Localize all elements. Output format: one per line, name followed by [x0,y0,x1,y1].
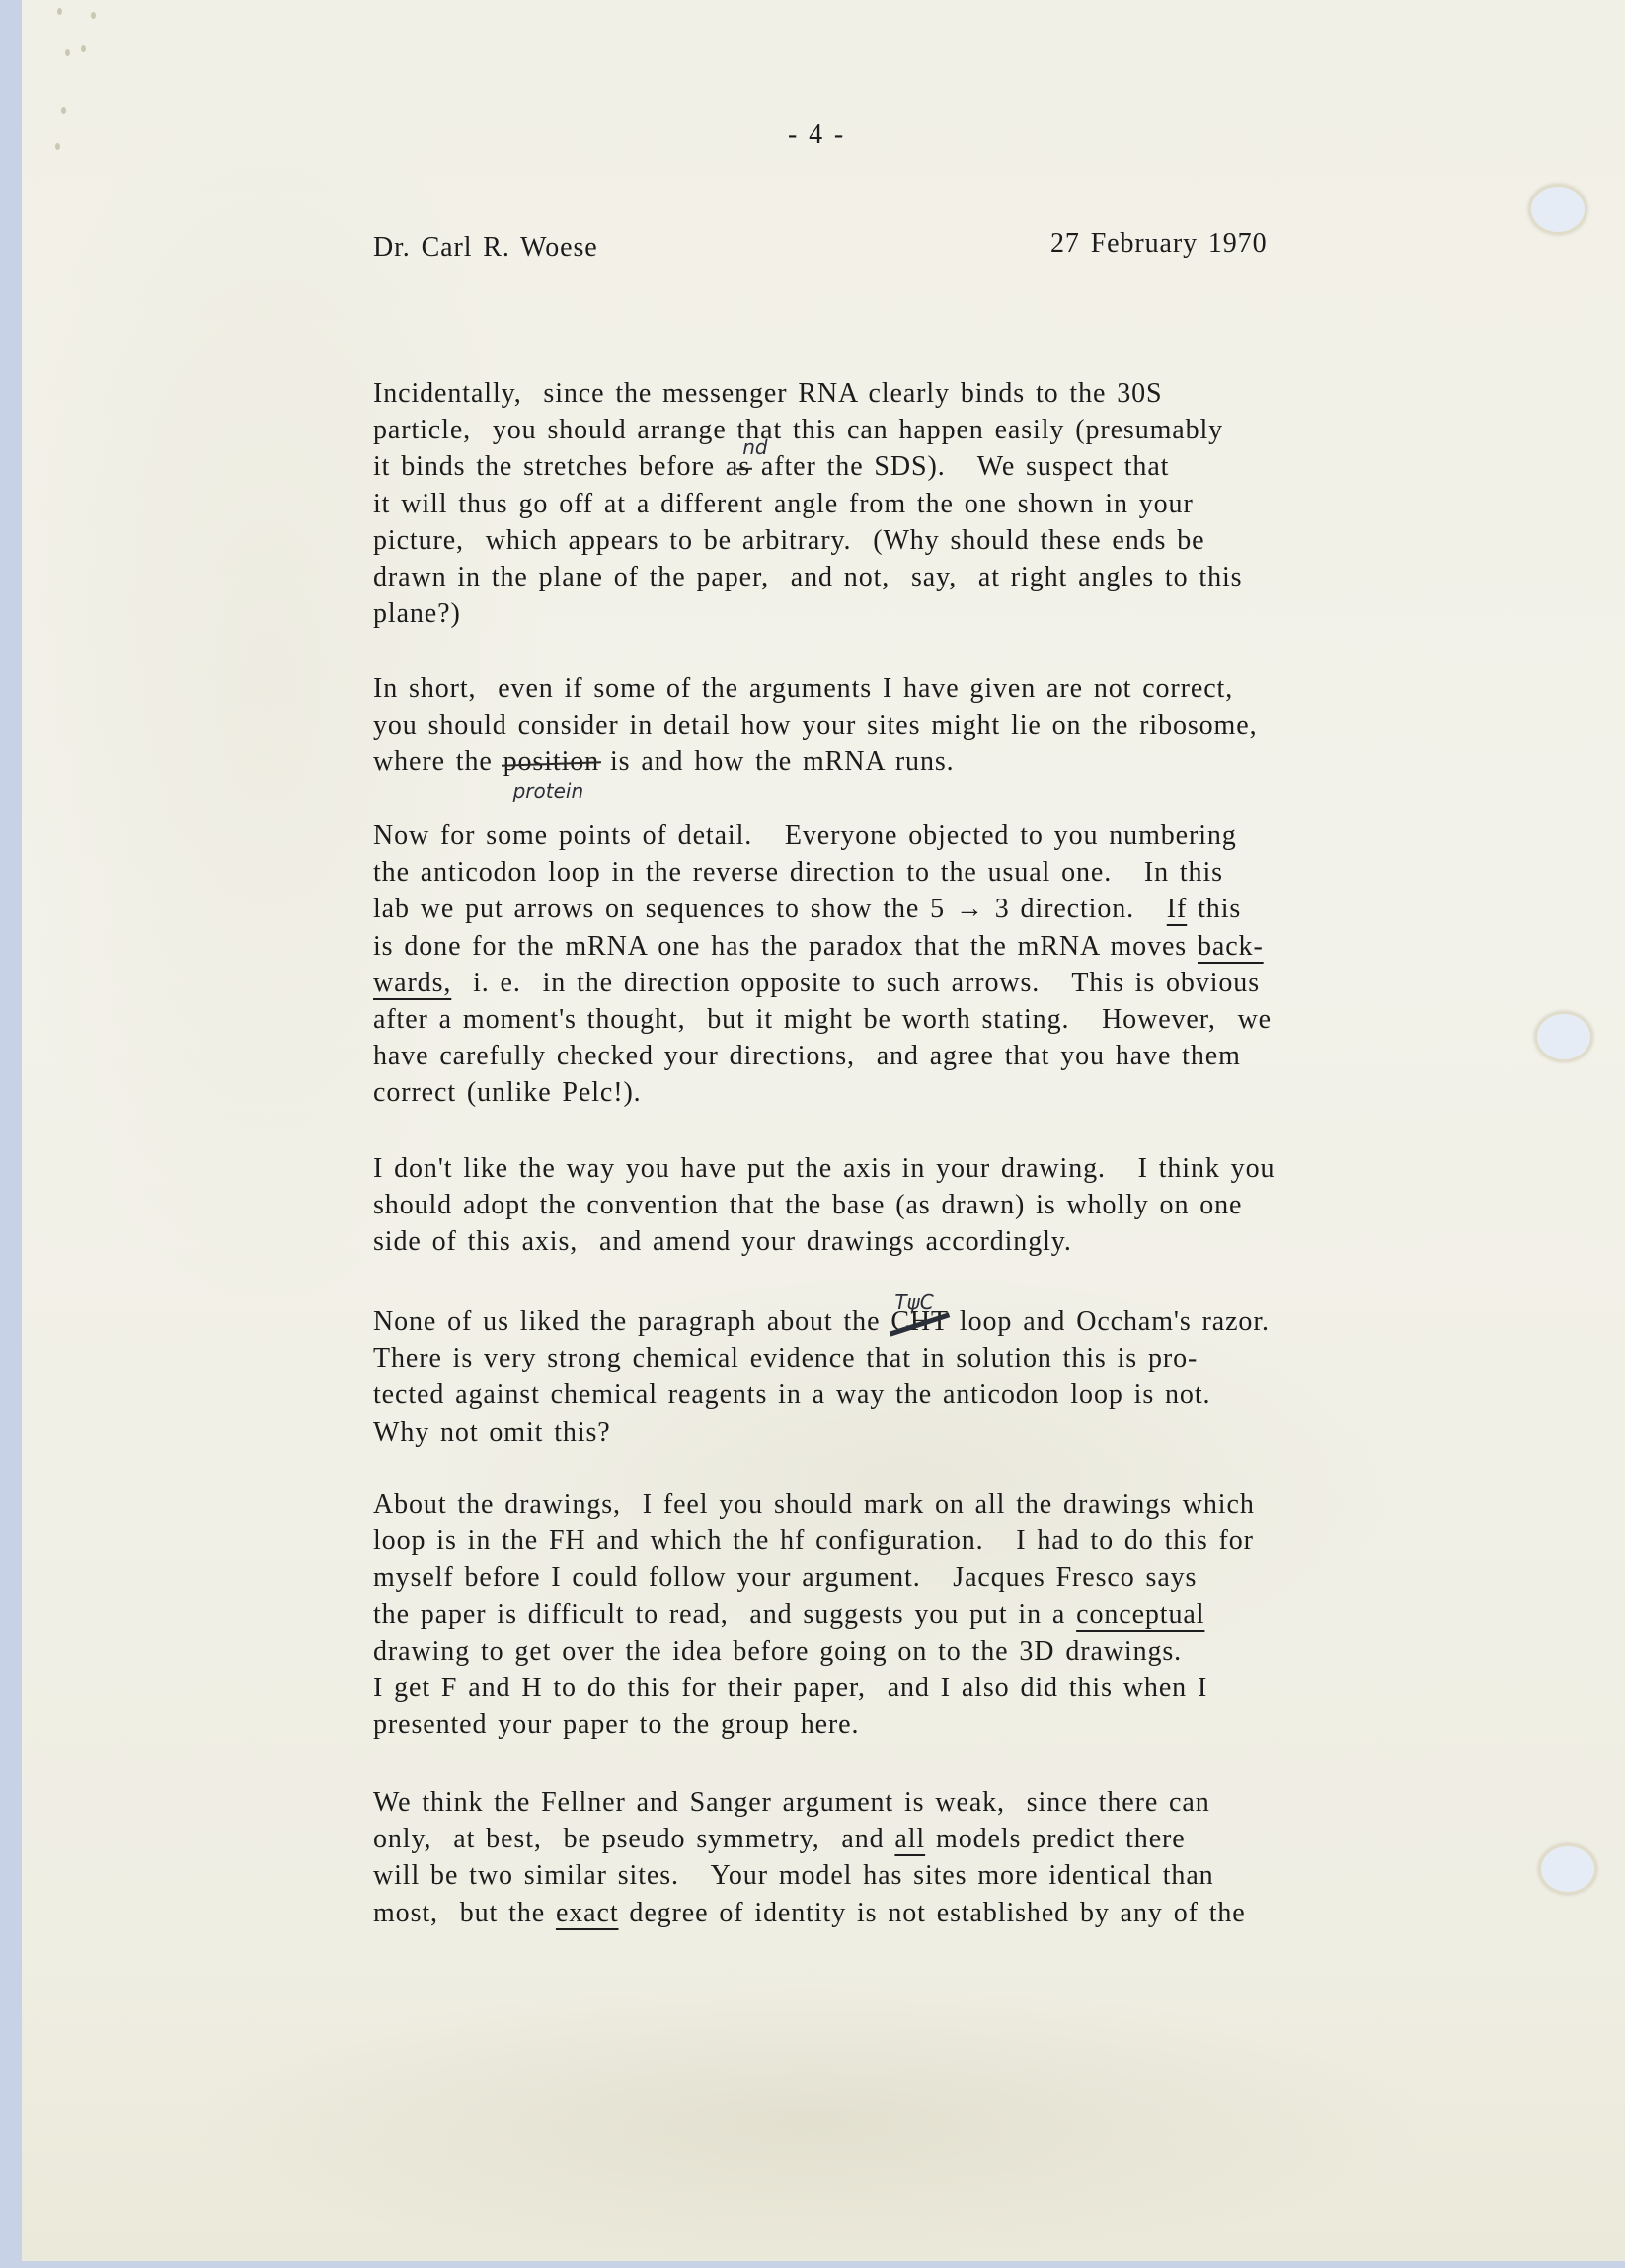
text-segment: correct (unlike Pelc!). [373,1077,642,1108]
text-line: only, at best, be pseudo symmetry, and a… [373,1821,1246,1857]
text-line: None of us liked the paragraph about the… [373,1303,1270,1340]
recipient-name: Dr. Carl R. Woese [373,229,598,266]
paragraph: Incidentally, since the messenger RNA cl… [373,375,1242,632]
scan-speck [65,49,70,56]
text-line: tected against chemical reagents in a wa… [373,1376,1270,1413]
text-line: myself before I could follow your argume… [373,1559,1255,1596]
scan-speck [57,8,62,15]
text-segment: drawing to get over the idea before goin… [373,1636,1182,1667]
text-line: the paper is difficult to read, and sugg… [373,1597,1255,1633]
text-segment: is and how the mRNA runs. [599,746,955,777]
paragraph: About the drawings, I feel you should ma… [373,1486,1255,1743]
text-segment: I don't like the way you have put the ax… [373,1153,1275,1184]
text-line: should adopt the convention that the bas… [373,1187,1275,1223]
text-segment: I get F and H to do this for their paper… [373,1673,1207,1703]
handwritten-annotation: TψC [894,1285,933,1321]
text-segment: presented your paper to the group here. [373,1709,859,1740]
text-segment: i. e. in the direction opposite to such … [451,968,1260,998]
underlined-text: exact [556,1898,619,1928]
scan-speck [81,45,86,52]
text-segment: myself before I could follow your argume… [373,1562,1197,1593]
text-line: I don't like the way you have put the ax… [373,1150,1275,1187]
text-line: drawn in the plane of the paper, and not… [373,559,1242,595]
text-segment: We think the Fellner and Sanger argument… [373,1787,1210,1818]
text-line: it will thus go off at a different angle… [373,486,1242,522]
text-line: I get F and H to do this for their paper… [373,1670,1255,1706]
scan-speck [61,107,66,114]
text-segment: loop and Occham's razor. [949,1306,1270,1337]
text-line: presented your paper to the group here. [373,1706,1255,1743]
text-segment: should adopt the convention that the bas… [373,1190,1242,1220]
text-segment: this [1187,894,1241,924]
text-segment: where the [373,746,503,777]
scan-speck [55,143,60,150]
paragraph: In short, even if some of the arguments … [373,670,1257,781]
handwritten-correction: snd [738,451,750,482]
text-segment: side of this axis, and amend your drawin… [373,1226,1072,1257]
text-segment: Now for some points of detail. Everyone … [373,821,1237,851]
text-line: most, but the exact degree of identity i… [373,1895,1246,1931]
text-line: drawing to get over the idea before goin… [373,1633,1255,1670]
text-line: We think the Fellner and Sanger argument… [373,1784,1246,1821]
text-segment: picture, which appears to be arbitrary. … [373,525,1204,556]
text-line: Now for some points of detail. Everyone … [373,818,1272,854]
text-segment: loop is in the FH and which the hf confi… [373,1525,1254,1556]
text-line: picture, which appears to be arbitrary. … [373,522,1242,559]
text-line: after a moment's thought, but it might b… [373,1001,1272,1038]
letter-date: 27 February 1970 [1050,225,1267,262]
text-segment: About the drawings, I feel you should ma… [373,1489,1255,1520]
text-segment: only, at best, be pseudo symmetry, and [373,1824,894,1854]
binder-hole [1529,185,1586,234]
text-segment: plane?) [373,598,461,629]
text-segment: models predict there [925,1824,1185,1854]
text-line: correct (unlike Pelc!). [373,1074,1272,1111]
text-segment: it will thus go off at a different angle… [373,489,1194,519]
text-line: where the positionprotein is and how the… [373,743,1257,780]
page-number: - 4 - [788,117,844,153]
scan-speck [91,12,96,19]
text-segment: after the SDS). We suspect that [750,451,1169,482]
text-segment: None of us liked the paragraph about the [373,1306,890,1337]
text-line: have carefully checked your directions, … [373,1038,1272,1074]
text-segment: There is very strong chemical evidence t… [373,1343,1198,1373]
text-line: is done for the mRNA one has the paradox… [373,928,1272,965]
text-line: will be two similar sites. Your model ha… [373,1857,1246,1894]
text-segment: tected against chemical reagents in a wa… [373,1379,1210,1410]
paragraph: We think the Fellner and Sanger argument… [373,1784,1246,1931]
binder-hole [1539,1844,1596,1894]
paragraph: I don't like the way you have put the ax… [373,1150,1275,1261]
text-line: wards, i. e. in the direction opposite t… [373,965,1272,1001]
text-segment: Incidentally, since the messenger RNA cl… [373,378,1163,409]
text-segment: is done for the mRNA one has the paradox… [373,931,1198,962]
text-segment: In short, even if some of the arguments … [373,673,1233,704]
text-line: There is very strong chemical evidence t… [373,1340,1270,1376]
handwritten-correction: positionprotein [503,746,599,777]
underlined-text: wards, [373,968,451,998]
text-segment: most, but the [373,1898,556,1928]
text-segment: Why not omit this? [373,1417,611,1447]
text-segment: the paper is difficult to read, and sugg… [373,1600,1076,1630]
underlined-text: back- [1198,931,1264,962]
text-line: lab we put arrows on sequences to show t… [373,891,1272,927]
text-segment: the anticodon loop in the reverse direct… [373,857,1223,888]
text-line: side of this axis, and amend your drawin… [373,1223,1275,1260]
text-segment: degree of identity is not established by… [619,1898,1246,1928]
text-segment: have carefully checked your directions, … [373,1041,1241,1071]
text-segment: will be two similar sites. Your model ha… [373,1860,1214,1891]
text-line: particle, you should arrange that this c… [373,412,1242,448]
binder-hole [1535,1012,1592,1061]
underlined-text: conceptual [1076,1600,1204,1630]
underlined-text: If [1167,894,1187,924]
underlined-text: all [894,1824,925,1854]
handwritten-annotation: nd [742,430,767,466]
text-segment: after a moment's thought, but it might b… [373,1004,1272,1035]
text-line: loop is in the FH and which the hf confi… [373,1523,1255,1559]
handwritten-correction: CHTTψC [890,1306,949,1337]
text-line: In short, even if some of the arguments … [373,670,1257,707]
text-line: you should consider in detail how your s… [373,707,1257,743]
text-segment: it binds the stretches before a [373,451,738,482]
handwritten-annotation: protein [513,773,584,810]
text-line: Why not omit this? [373,1414,1270,1450]
text-segment: particle, you should arrange that this c… [373,415,1223,445]
paragraph: None of us liked the paragraph about the… [373,1303,1270,1450]
text-line: About the drawings, I feel you should ma… [373,1486,1255,1523]
text-line: the anticodon loop in the reverse direct… [373,854,1272,891]
text-line: plane?) [373,595,1242,632]
text-segment: drawn in the plane of the paper, and not… [373,562,1242,592]
text-segment: you should consider in detail how your s… [373,710,1257,741]
text-line: it binds the stretches before asnd after… [373,448,1242,485]
paragraph: Now for some points of detail. Everyone … [373,818,1272,1112]
text-line: Incidentally, since the messenger RNA cl… [373,375,1242,412]
text-segment: lab we put arrows on sequences to show t… [373,894,1167,924]
